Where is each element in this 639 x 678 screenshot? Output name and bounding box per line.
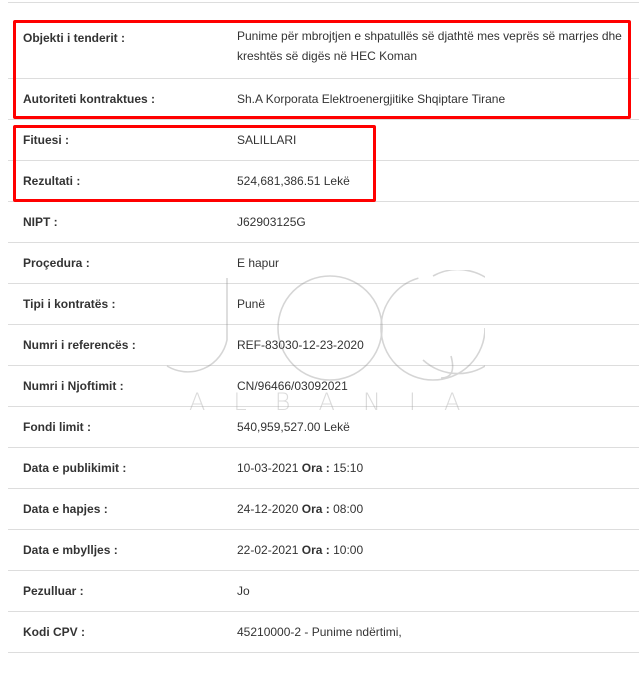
value-numri-njoftimit: CN/96466/03092021 [237,376,639,396]
value-pezulluar: Jo [237,581,639,601]
value-autoriteti: Sh.A Korporata Elektroenergjitike Shqipt… [237,89,639,109]
row-tipi-kontrates: Tipi i kontratës : Punë [8,284,639,325]
label-nipt: NIPT : [8,215,237,229]
value-data-publikimit: 10-03-2021 Ora : 15:10 [237,458,639,478]
label-data-publikimit: Data e publikimit : [8,461,237,475]
label-data-mbylljes: Data e mbylljes : [8,543,237,557]
value-objekti: Punime për mbrojtjen e shpatullës së dja… [237,26,639,66]
date-hapjes: 24-12-2020 [237,502,298,516]
value-fondi-limit: 540,959,527.00 Lekë [237,417,639,437]
label-numri-njoftimit: Numri i Njoftimit : [8,379,237,393]
label-tipi-kontrates: Tipi i kontratës : [8,297,237,311]
value-fituesi: SALILLARI [237,130,639,150]
value-data-hapjes: 24-12-2020 Ora : 08:00 [237,499,639,519]
row-pezulluar: Pezulluar : Jo [8,571,639,612]
row-data-hapjes: Data e hapjes : 24-12-2020 Ora : 08:00 [8,489,639,530]
label-fondi-limit: Fondi limit : [8,420,237,434]
label-autoriteti: Autoriteti kontraktues : [8,92,237,106]
row-objekti: Objekti i tenderit : Punime për mbrojtje… [8,3,639,79]
label-rezultati: Rezultati : [8,174,237,188]
row-procedura: Proçedura : E hapur [8,243,639,284]
value-rezultati: 524,681,386.51 Lekë [237,171,639,191]
row-rezultati: Rezultati : 524,681,386.51 Lekë [8,161,639,202]
label-data-hapjes: Data e hapjes : [8,502,237,516]
row-numri-references: Numri i referencës : REF-83030-12-23-202… [8,325,639,366]
ora-label: Ora : [302,502,330,516]
row-autoriteti: Autoriteti kontraktues : Sh.A Korporata … [8,79,639,120]
label-fituesi: Fituesi : [8,133,237,147]
label-procedura: Proçedura : [8,256,237,270]
value-data-mbylljes: 22-02-2021 Ora : 10:00 [237,540,639,560]
row-fondi-limit: Fondi limit : 540,959,527.00 Lekë [8,407,639,448]
label-objekti: Objekti i tenderit : [8,31,237,45]
row-fituesi: Fituesi : SALILLARI [8,120,639,161]
time-publikimit: 15:10 [333,461,363,475]
time-mbylljes: 10:00 [333,543,363,557]
value-procedura: E hapur [237,253,639,273]
date-mbylljes: 22-02-2021 [237,543,298,557]
ora-label: Ora : [302,461,330,475]
value-nipt: J62903125G [237,212,639,232]
value-numri-references: REF-83030-12-23-2020 [237,335,639,355]
value-tipi-kontrates: Punë [237,294,639,314]
row-nipt: NIPT : J62903125G [8,202,639,243]
row-numri-njoftimit: Numri i Njoftimit : CN/96466/03092021 [8,366,639,407]
ora-label: Ora : [302,543,330,557]
date-publikimit: 10-03-2021 [237,461,298,475]
label-numri-references: Numri i referencës : [8,338,237,352]
row-kodi-cpv: Kodi CPV : 45210000-2 - Punime ndërtimi, [8,612,639,653]
row-data-mbylljes: Data e mbylljes : 22-02-2021 Ora : 10:00 [8,530,639,571]
label-pezulluar: Pezulluar : [8,584,237,598]
tender-details-table: Objekti i tenderit : Punime për mbrojtje… [8,2,639,653]
label-kodi-cpv: Kodi CPV : [8,625,237,639]
value-kodi-cpv: 45210000-2 - Punime ndërtimi, [237,622,639,642]
row-data-publikimit: Data e publikimit : 10-03-2021 Ora : 15:… [8,448,639,489]
time-hapjes: 08:00 [333,502,363,516]
